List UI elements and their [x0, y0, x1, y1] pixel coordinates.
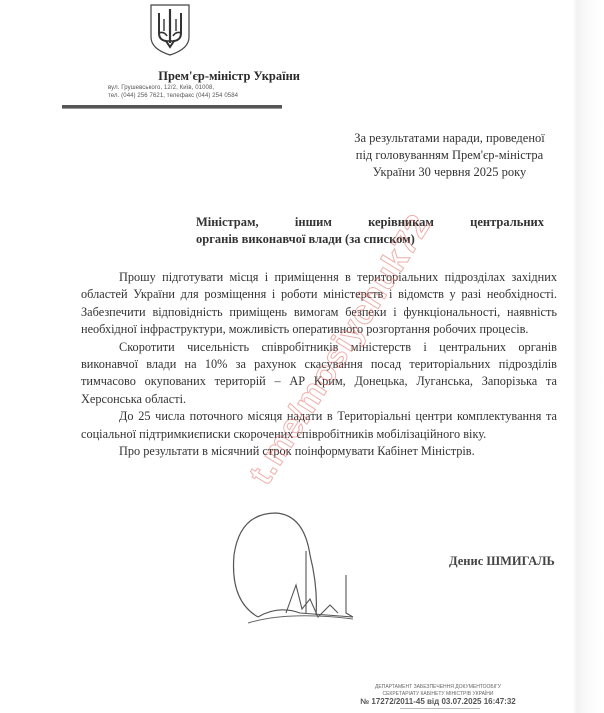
addressee-line: Міністрам, іншим керівникам центральних [196, 214, 544, 231]
addressee-line: органів виконавчої влади (за списком) [196, 231, 544, 248]
org-address: вул. Грушевського, 12/2, Київ, 01008, те… [108, 85, 238, 100]
header-rule [62, 105, 282, 109]
body-paragraph: Про результати в місячний строк поінформ… [81, 443, 557, 460]
body-paragraph: До 25 числа поточного місяця надати в Те… [81, 408, 557, 443]
meeting-note-line: За результатами наради, проведеної [322, 130, 577, 147]
addressee-word: центральних [470, 214, 544, 231]
addressee-word: керівникам [368, 214, 434, 231]
body-paragraph: Прошу підготувати місця і приміщення в т… [81, 269, 557, 339]
handwritten-signature-icon [228, 505, 368, 635]
stamp-reg-number: № 17272/2011-45 від 03.07.2025 16:47:32 [358, 697, 518, 707]
addressee-word: іншим [295, 214, 332, 231]
letter-body: Прошу підготувати місця і приміщення в т… [81, 269, 557, 460]
stamp-underline [400, 708, 480, 709]
registration-stamp: ДЕПАРТАМЕНТ ЗАБЕЗПЕЧЕННЯ ДОКУМЕНТООБІГУ … [358, 684, 518, 707]
addressee-block: Міністрам, іншим керівникам центральних … [196, 214, 544, 248]
meeting-note-line: під головуванням Прем'єр-міністра [322, 147, 577, 164]
addressee-word: Міністрам, [196, 214, 259, 231]
meeting-note: За результатами наради, проведеної під г… [322, 130, 577, 181]
org-name: Прем'єр-міністр України [100, 69, 300, 84]
phone-line: тел. (044) 256 7621, телефакс (044) 254 … [108, 93, 238, 101]
body-paragraph: Скоротити чисельність співробітників мін… [81, 339, 557, 409]
address-line: вул. Грушевського, 12/2, Київ, 01008, [108, 85, 238, 93]
signer-name: Денис ШМИГАЛЬ [449, 554, 555, 569]
trident-coat-of-arms-icon [148, 3, 192, 57]
stamp-dept: ДЕПАРТАМЕНТ ЗАБЕЗПЕЧЕННЯ ДОКУМЕНТООБІГУ [358, 684, 518, 691]
meeting-note-line: України 30 червня 2025 року [322, 164, 577, 181]
